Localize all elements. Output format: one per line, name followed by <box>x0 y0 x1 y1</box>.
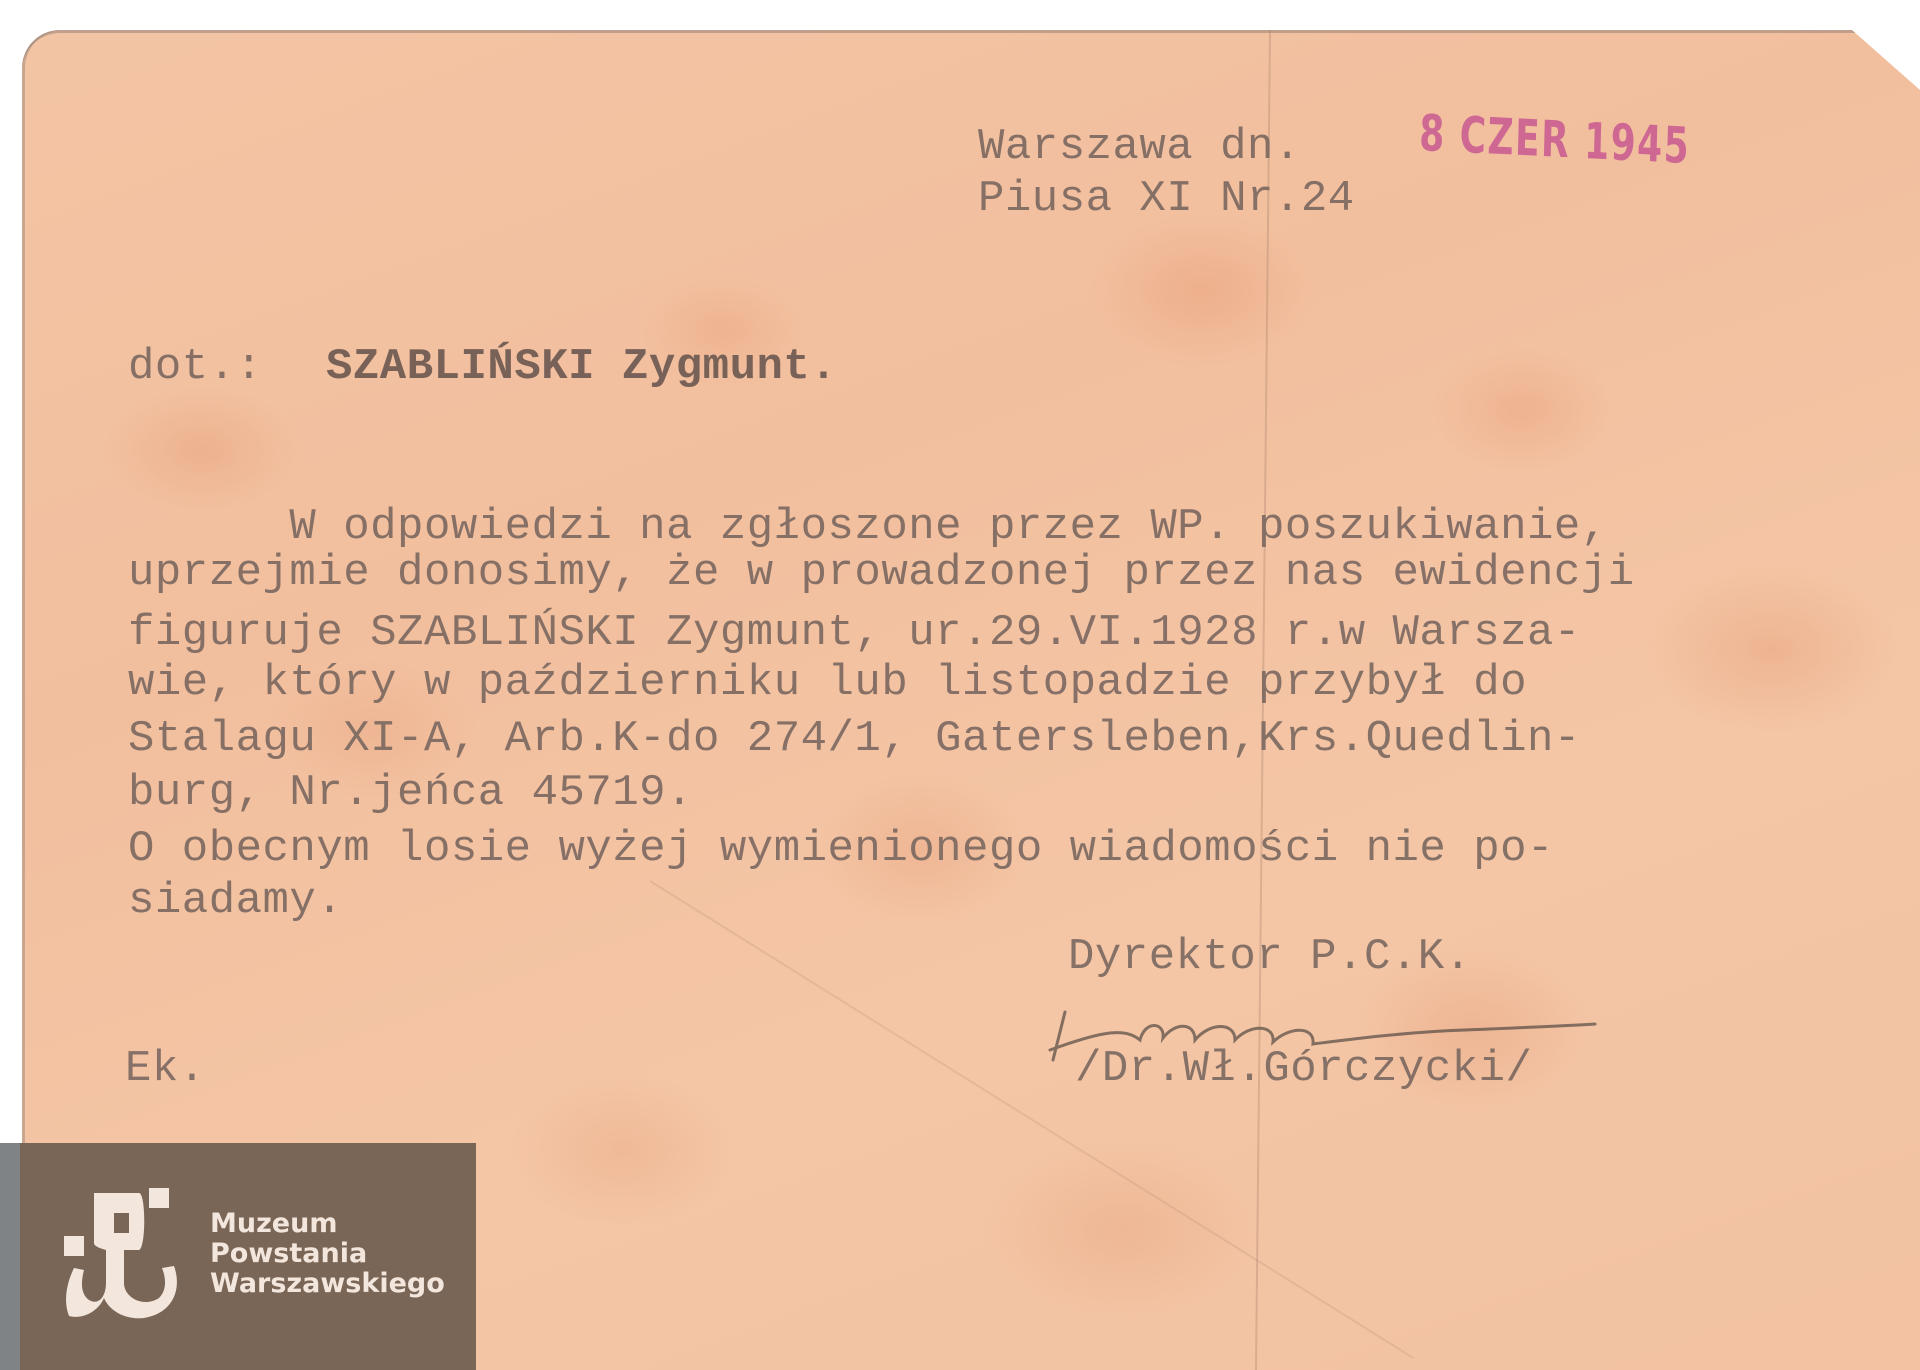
signature-title: Dyrektor P.C.K. <box>1068 934 1472 980</box>
museum-name-line1: Muzeum <box>210 1209 445 1239</box>
body-line: wie, który w październiku lub listopadzi… <box>128 660 1527 706</box>
body-line: uprzejmie donosimy, że w prowadzonej prz… <box>128 550 1635 596</box>
museum-watermark: Muzeum Powstania Warszawskiego <box>0 1143 476 1370</box>
header-address: Piusa XI Nr.24 <box>978 176 1355 222</box>
museum-name: Muzeum Powstania Warszawskiego <box>210 1209 445 1299</box>
watermark-edge <box>0 1143 20 1370</box>
subject-prefix: dot.: <box>128 344 263 390</box>
signature-name: /Dr.Wł.Górczycki/ <box>1075 1046 1532 1092</box>
body-line: burg, Nr.jeńca 45719. <box>128 770 693 816</box>
body-line: Stalagu XI-A, Arb.K-do 274/1, Gaterslebe… <box>128 716 1581 762</box>
body-line: W odpowiedzi na zgłoszone przez WP. posz… <box>128 504 1608 550</box>
subject-name: SZABLIŃSKI Zygmunt. <box>326 344 837 390</box>
body-line: siadamy. <box>128 878 343 924</box>
museum-name-line2: Powstania <box>210 1239 445 1269</box>
kotwica-anchor-logo-icon <box>64 1188 194 1323</box>
header-city-date: Warszawa dn. <box>978 124 1301 170</box>
typist-initials: Ek. <box>125 1046 206 1092</box>
body-line: O obecnym losie wyżej wymienionego wiado… <box>128 826 1554 872</box>
body-line: figuruje SZABLIŃSKI Zygmunt, ur.29.VI.19… <box>128 610 1581 656</box>
museum-name-line3: Warszawskiego <box>210 1269 445 1299</box>
